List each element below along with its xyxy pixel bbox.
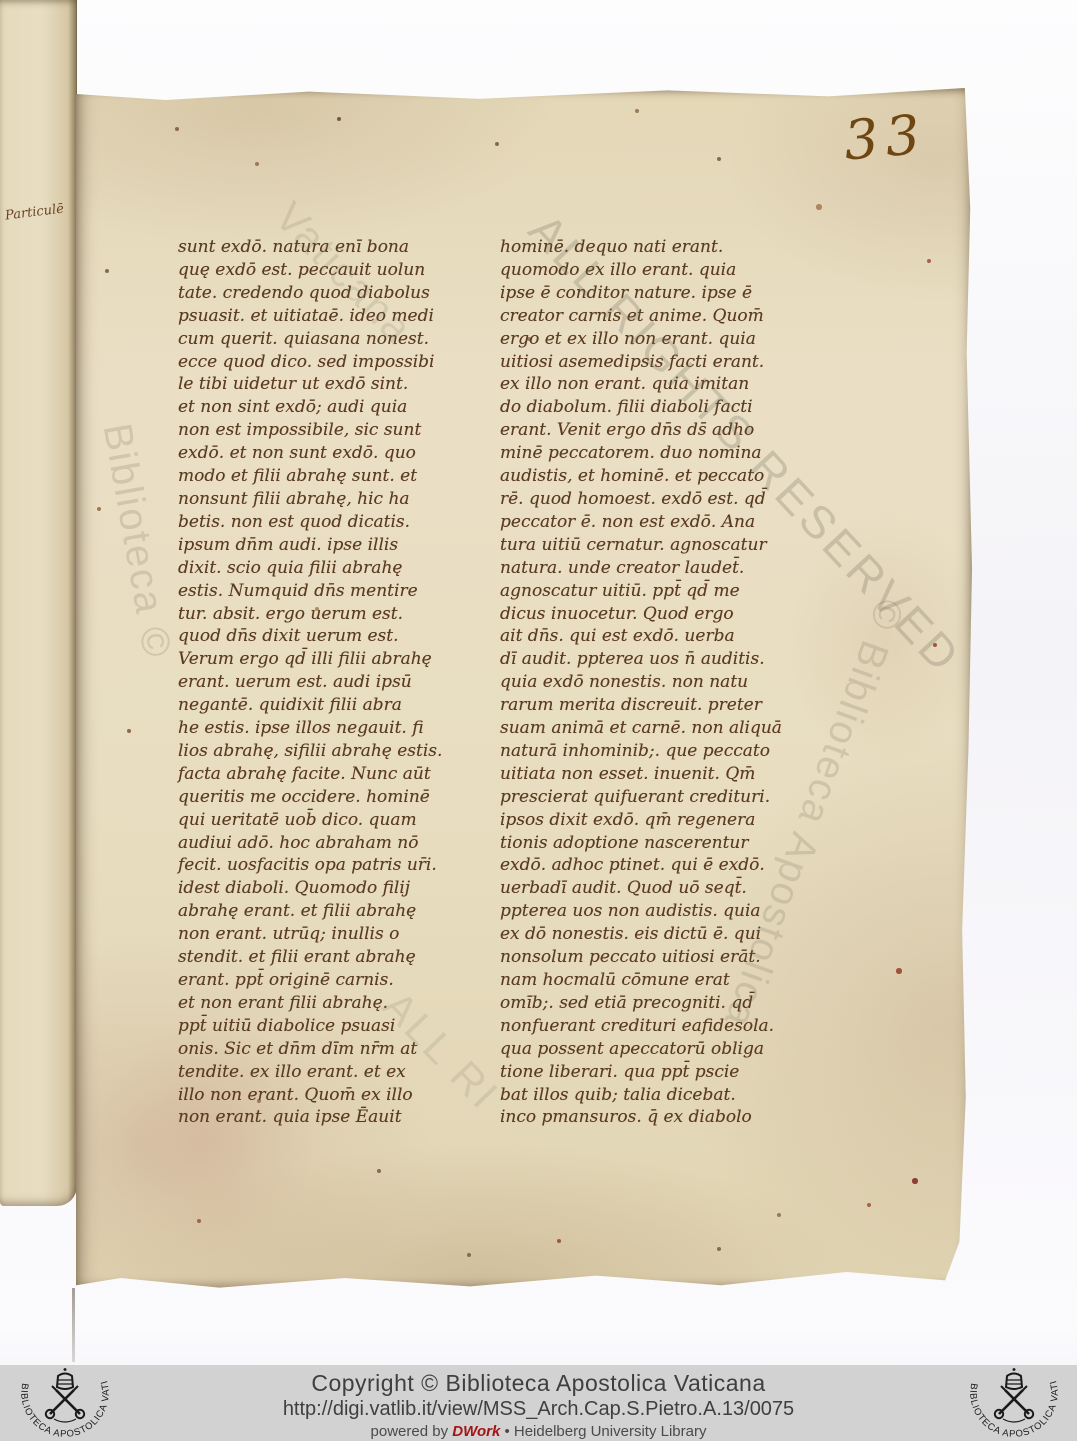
manuscript-line: tendite. ex illo erant. et ex <box>178 1061 483 1084</box>
manuscript-line: agnoscatur uitiū. ppt̄ qd̄ me <box>500 580 805 603</box>
manuscript-line: quę exdō est. peccauit uolun <box>178 259 483 282</box>
manuscript-line: ecce quod dico. sed impossibi <box>178 351 483 374</box>
manuscript-line: dī audit. ppterea uos n̄ auditis. <box>500 648 805 671</box>
manuscript-line: dicus inuocetur. Quod ergo <box>500 603 805 626</box>
powered-by-suffix: • Heidelberg University Library <box>500 1423 706 1440</box>
manuscript-line: uerbadī audit. Quod uō seqt̄. <box>500 877 805 900</box>
manuscript-line: bat illos quib; talia dicebat. <box>500 1084 805 1107</box>
manuscript-line: exdō. adhoc ptinet. qui ē exdō. <box>500 854 805 877</box>
manuscript-line: tur. absit. ergo uerum est. <box>178 603 483 626</box>
manuscript-line: tione liberari. qua ppt̄ pscie <box>500 1061 805 1084</box>
manuscript-line: onis. Sic et dn̄m dīm nr̄m at <box>178 1038 483 1061</box>
manuscript-line: et non erant filii abrahę. <box>178 992 483 1015</box>
manuscript-line: psuasit. et uitiataē. ideo medi <box>178 305 483 328</box>
manuscript-line: qui ueritatē uob̄ dico. quam <box>178 809 483 832</box>
dwork-brand: DWork <box>452 1422 500 1441</box>
copyright-text: Copyright © Biblioteca Apostolica Vatica… <box>0 1369 1077 1397</box>
manuscript-line: natura. unde creator laudet̄. <box>500 557 805 580</box>
manuscript-line: ait dn̄s. qui est exdō. uerba <box>500 625 805 648</box>
manuscript-line: he estis. ipse illos negauit. fi <box>178 717 483 740</box>
manuscript-line: ergo et ex illo non erant. quia <box>500 328 805 351</box>
manuscript-line: non erant. utrūq; inullis o <box>178 923 483 946</box>
manuscript-line: hominē. dequo nati erant. <box>500 236 805 259</box>
manuscript-line: cum querit. quiasana nonest. <box>178 328 483 351</box>
manuscript-line: uitiata non esset. inuenit. Qm̄ <box>500 763 805 786</box>
folio-number: 33 <box>841 103 929 173</box>
manuscript-line: estis. Numquid dn̄s mentire <box>178 580 483 603</box>
manuscript-line: nonfuerant credituri eafidesola. <box>500 1015 805 1038</box>
manuscript-line: negantē. quidixit filii abra <box>178 694 483 717</box>
manuscript-line: ipsos dixit exdō. qm̄ regenera <box>500 809 805 832</box>
manuscript-line: uitiosi asemedipsis facti erant. <box>500 351 805 374</box>
manuscript-line: tura uitiū cernatur. agnoscatur <box>500 534 805 557</box>
powered-by-text: powered by DWork • Heidelberg University… <box>0 1422 1077 1441</box>
manuscript-line: qua possent apeccatorū obliga <box>500 1038 805 1061</box>
manuscript-line: abrahę erant. et filii abrahę <box>178 900 483 923</box>
manuscript-line: peccator ē. non est exdō. Ana <box>500 511 805 534</box>
parchment-stain <box>786 508 986 768</box>
manuscript-line: naturā inhominib;. que peccato <box>500 740 805 763</box>
manuscript-line: erant. Venit ergo dn̄s ds̄ adho <box>500 419 805 442</box>
manuscript-line: quia exdō nonestis. non natu <box>500 671 805 694</box>
manuscript-line: stendit. et filii erant abrahę <box>178 946 483 969</box>
manuscript-line: suam animā et carnē. non aliquā <box>500 717 805 740</box>
manuscript-line: illo non erant. Quom̄ ex illo <box>178 1084 483 1107</box>
vatican-library-logo: BIBLIOTECA APOSTOLICA VATICANA <box>957 1367 1071 1441</box>
manuscript-line: quod dn̄s dixit uerum est. <box>178 625 483 648</box>
manuscript-line: erant. uerum est. audi ipsū <box>178 671 483 694</box>
facing-page-edge: Particulē <box>0 0 77 1206</box>
manuscript-line: ppt̄ uitiū diabolice psuasi <box>178 1015 483 1038</box>
manuscript-line: inco pmansuros. q̄ ex diabolo <box>500 1106 805 1129</box>
manuscript-line: prescierat quifuerant credituri. <box>500 786 805 809</box>
copyright-footer: BIBLIOTECA APOSTOLICA VATICANA Copyright… <box>0 1365 1077 1441</box>
manuscript-line: nonsunt filii abrahę, hic ha <box>178 488 483 511</box>
manuscript-line: audiui adō. hoc abraham nō <box>178 832 483 855</box>
manuscript-line: minē peccatorem. duo nomina <box>500 442 805 465</box>
manuscript-line: erant. ppt̄ originē carnis. <box>178 969 483 992</box>
manuscript-line: betis. non est quod dicatis. <box>178 511 483 534</box>
manuscript-line: rarum merita discreuit. preter <box>500 694 805 717</box>
manuscript-line: Verum ergo qd̄ illi filii abrahę <box>178 648 483 671</box>
manuscript-line: ipsum dn̄m audi. ipse illis <box>178 534 483 557</box>
manuscript-line: facta abrahę facite. Nunc aūt <box>178 763 483 786</box>
manuscript-line: queritis me occidere. hominē <box>178 786 483 809</box>
powered-by-prefix: powered by <box>371 1423 453 1440</box>
manuscript-line: nonsolum peccato uitiosi erāt. <box>500 946 805 969</box>
manuscript-line: exdō. et non sunt exdō. quo <box>178 442 483 465</box>
manuscript-line: ipse ē conditor nature. ipse ē <box>500 282 805 305</box>
footer-text-block: Copyright © Biblioteca Apostolica Vatica… <box>0 1369 1077 1441</box>
manuscript-line: idest diaboli. Quomodo filij <box>178 877 483 900</box>
manuscript-line: quomodo ex illo erant. quia <box>500 259 805 282</box>
manuscript-line: do diabolum. filii diaboli facti <box>500 396 805 419</box>
source-url: http://digi.vatlib.it/view/MSS_Arch.Cap.… <box>0 1397 1077 1422</box>
manuscript-line: creator carnis et anime. Quom̄ <box>500 305 805 328</box>
manuscript-scan: Particulē 33 sunt exdō. natura enī bonaq… <box>0 0 1077 1441</box>
manuscript-line: ex dō nonestis. eis dictū ē. qui <box>500 923 805 946</box>
manuscript-line: et non sint exdō; audi quia <box>178 396 483 419</box>
manuscript-line: le tibi uidetur ut exdō sint. <box>178 373 483 396</box>
manuscript-line: non erant. quia ipse Ēauit <box>178 1106 483 1129</box>
left-text-column: sunt exdō. natura enī bonaquę exdō est. … <box>178 236 483 1129</box>
manuscript-line: rē. quod homoest. exdō est. qd̄ <box>500 488 805 511</box>
manuscript-line: dixit. scio quia filii abrahę <box>178 557 483 580</box>
manuscript-line: ppterea uos non audistis. quia <box>500 900 805 923</box>
manuscript-line: non est impossibile, sic sunt <box>178 419 483 442</box>
manuscript-line: lios abrahę, sifilii abrahę estis. <box>178 740 483 763</box>
manuscript-line: tate. credendo quod diabolus <box>178 282 483 305</box>
manuscript-line: tionis adoptione nascerentur <box>500 832 805 855</box>
right-text-column: hominē. dequo nati erant.quomodo ex illo… <box>500 236 805 1129</box>
page-gutter-crease <box>72 1288 75 1362</box>
manuscript-line: nam hocmalū cōmune erat <box>500 969 805 992</box>
manuscript-line: ex illo non erant. quia imitan <box>500 373 805 396</box>
vatican-keys-emblem <box>995 1368 1033 1422</box>
manuscript-line: omīb;. sed etiā precogniti. qd̄ <box>500 992 805 1015</box>
manuscript-line: audistis, et hominē. et peccato <box>500 465 805 488</box>
manuscript-line: fecit. uosfacitis opa patris ur̄i. <box>178 854 483 877</box>
manuscript-line: sunt exdō. natura enī bona <box>178 236 483 259</box>
manuscript-line: modo et filii abrahę sunt. et <box>178 465 483 488</box>
manuscript-page: 33 sunt exdō. natura enī bonaquę exdō es… <box>76 88 972 1290</box>
marginal-note: Particulē <box>4 201 64 223</box>
